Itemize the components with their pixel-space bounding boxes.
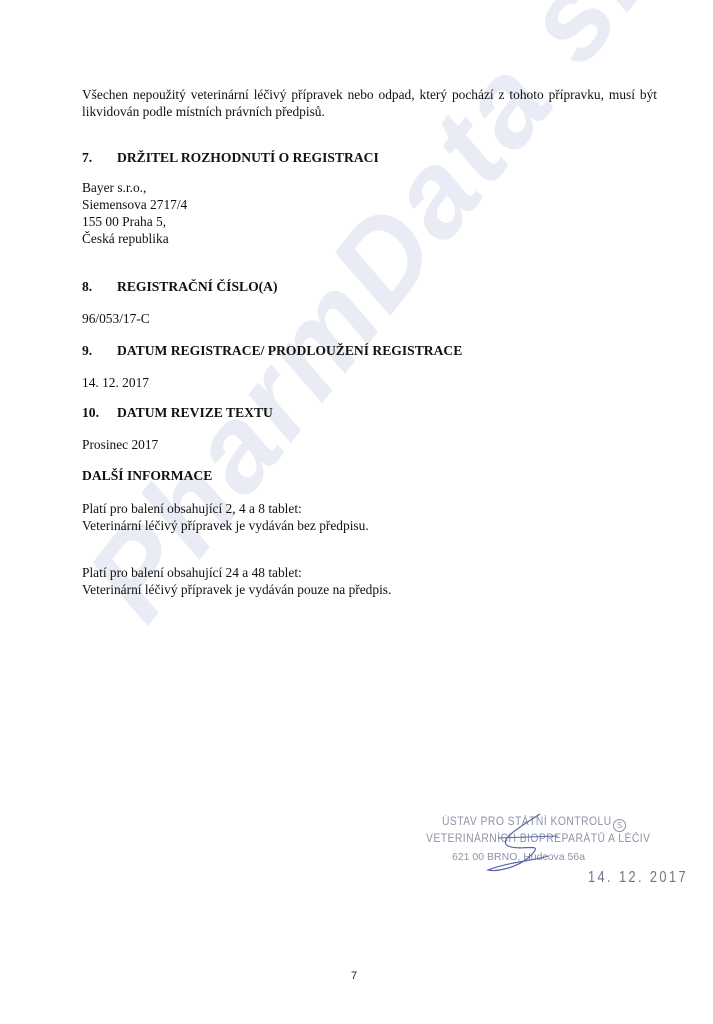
info-line: Platí pro balení obsahující 24 a 48 tabl…: [82, 564, 302, 581]
revision-date: Prosinec 2017: [82, 436, 158, 453]
section-number: 7.: [82, 150, 117, 166]
holder-name: Bayer s.r.o.,: [82, 179, 146, 196]
signature-icon: [478, 810, 568, 880]
section-7-heading: 7. DRŽITEL ROZHODNUTÍ O REGISTRACI: [82, 150, 379, 166]
seal-icon: S: [613, 819, 626, 832]
section-number: 10.: [82, 405, 117, 421]
holder-city: 155 00 Praha 5,: [82, 213, 166, 230]
section-number: 9.: [82, 343, 117, 359]
registration-date: 14. 12. 2017: [82, 374, 149, 391]
info-line: Veterinární léčivý přípravek je vydáván …: [82, 517, 369, 534]
section-title: DALŠÍ INFORMACE: [82, 468, 212, 484]
stamp-date: 14. 12. 2017: [588, 869, 688, 887]
further-info-heading: DALŠÍ INFORMACE: [82, 468, 212, 484]
section-9-heading: 9. DATUM REGISTRACE/ PRODLOUŽENÍ REGISTR…: [82, 343, 462, 359]
section-10-heading: 10. DATUM REVIZE TEXTU: [82, 405, 273, 421]
section-title: DATUM REVIZE TEXTU: [117, 405, 273, 421]
disposal-paragraph: Všechen nepoužitý veterinární léčivý pří…: [82, 86, 657, 120]
holder-street: Siemensova 2717/4: [82, 196, 187, 213]
section-title: REGISTRAČNÍ ČÍSLO(A): [117, 279, 278, 295]
section-8-heading: 8. REGISTRAČNÍ ČÍSLO(A): [82, 279, 278, 295]
info-line: Veterinární léčivý přípravek je vydáván …: [82, 581, 391, 598]
info-line: Platí pro balení obsahující 2, 4 a 8 tab…: [82, 500, 302, 517]
holder-country: Česká republika: [82, 230, 169, 247]
section-title: DATUM REGISTRACE/ PRODLOUŽENÍ REGISTRACE: [117, 343, 462, 359]
page-number: 7: [351, 970, 357, 982]
section-title: DRŽITEL ROZHODNUTÍ O REGISTRACI: [117, 150, 379, 166]
registration-number: 96/053/17-C: [82, 310, 150, 327]
section-number: 8.: [82, 279, 117, 295]
